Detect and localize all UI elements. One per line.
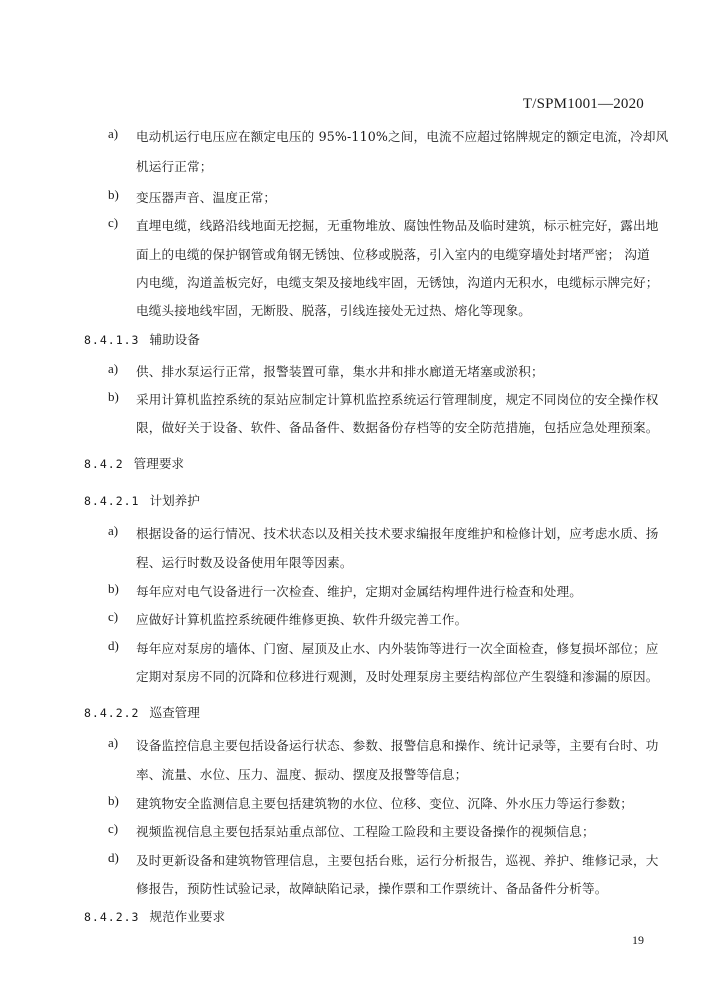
item-label: c) — [108, 821, 118, 837]
item-label: b) — [108, 389, 119, 405]
standard-number: T/SPM1001—2020 — [523, 96, 644, 113]
section-heading: 8.4.2.2巡查管理 — [84, 702, 200, 721]
section-title: 巡查管理 — [149, 705, 199, 720]
item-text: 应做好计算机监控系统硬件维修更换、软件升级完善工作。 — [136, 609, 467, 628]
item-text: 电缆头接地线牢固，无断股、脱落，引线连接处无过热、熔化等现象。 — [136, 300, 531, 319]
section-title: 辅助设备 — [149, 332, 199, 347]
section-number: 8.4.1.3 — [84, 333, 139, 347]
item-text: 电动机运行电压应在额定电压的 95%-110%之间，电流不应超过铭牌规定的额定电… — [136, 126, 668, 145]
item-text: 程、运行时数及设备使用年限等因素。 — [136, 552, 353, 571]
item-text: 限，做好关于设备、软件、备品备件、数据备份存档等的安全防范措施，包括应急处理预案… — [136, 417, 659, 436]
item-label: c) — [108, 215, 118, 231]
item-text: 视频监视信息主要包括泵站重点部位、工程险工险段和主要设备操作的视频信息； — [136, 821, 595, 840]
section-number: 8.4.2.1 — [84, 494, 139, 508]
item-label: c) — [108, 609, 118, 625]
section-number: 8.4.2.2 — [84, 706, 139, 720]
item-text: 供、排水泵运行正常，报警装置可靠，集水井和排水廊道无堵塞或淤积； — [136, 361, 544, 380]
item-label: d) — [108, 850, 119, 866]
item-text: 及时更新设备和建筑物管理信息，主要包括台账，运行分析报告，巡视、养护、维修记录，… — [136, 850, 659, 869]
section-heading: 8.4.2.3规范作业要求 — [84, 906, 225, 925]
section-title: 规范作业要求 — [149, 909, 225, 924]
section-heading: 8.4.2管理要求 — [84, 453, 184, 472]
item-text: 设备监控信息主要包括设备运行状态、参数、报警信息和操作、统计记录等，主要有台时、… — [136, 735, 659, 754]
item-label: b) — [108, 581, 119, 597]
item-label: b) — [108, 793, 119, 809]
item-text: 机运行正常； — [136, 156, 212, 175]
item-label: a) — [108, 735, 118, 751]
item-label: a) — [108, 523, 118, 539]
section-number: 8.4.2 — [84, 457, 124, 471]
item-text: 每年应对电气设备进行一次检查、维护，定期对金属结构埋件进行检查和处理。 — [136, 581, 582, 600]
section-title: 计划养护 — [149, 493, 199, 508]
section-number: 8.4.2.3 — [84, 910, 139, 924]
item-text: 定期对泵房不同的沉降和位移进行观测，及时处理泵房主要结构部位产生裂缝和渗漏的原因… — [136, 666, 659, 685]
item-text: 内电缆，沟道盖板完好，电缆支架及接地线牢固，无锈蚀，沟道内无积水，电缆标示牌完好… — [136, 272, 659, 291]
item-text: 根据设备的运行情况、技术状态以及相关技术要求编报年度维护和检修计划，应考虑水质、… — [136, 523, 659, 542]
item-text: 率、流量、水位、压力、温度、振动、摆度及报警等信息； — [136, 764, 467, 783]
item-text: 面上的电缆的保护钢管或角钢无锈蚀、位移或脱落，引入室内的电缆穿墙处封堵严密； 沟… — [136, 244, 650, 263]
item-text: 变压器声音、温度正常； — [136, 187, 276, 206]
item-text: 每年应对泵房的墙体、门窗、屋顶及止水、内外装饰等进行一次全面检查，修复损坏部位；… — [136, 638, 659, 657]
item-label: a) — [108, 361, 118, 377]
item-label: b) — [108, 187, 119, 203]
section-heading: 8.4.1.3辅助设备 — [84, 329, 200, 348]
page-number: 19 — [632, 933, 644, 948]
item-text: 采用计算机监控系统的泵站应制定计算机监控系统运行管理制度，规定不同岗位的安全操作… — [136, 389, 659, 408]
item-text: 直埋电缆，线路沿线地面无挖掘，无重物堆放、腐蚀性物品及临时建筑，标示桩完好，露出… — [136, 215, 659, 234]
item-label: a) — [108, 126, 118, 142]
item-text: 修报告，预防性试验记录，故障缺陷记录，操作票和工作票统计、备品备件分析等。 — [136, 878, 608, 897]
item-label: d) — [108, 638, 119, 654]
item-text: 建筑物安全监测信息主要包括建筑物的水位、位移、变位、沉降、外水压力等运行参数； — [136, 793, 633, 812]
section-heading: 8.4.2.1计划养护 — [84, 490, 200, 509]
section-title: 管理要求 — [134, 456, 184, 471]
